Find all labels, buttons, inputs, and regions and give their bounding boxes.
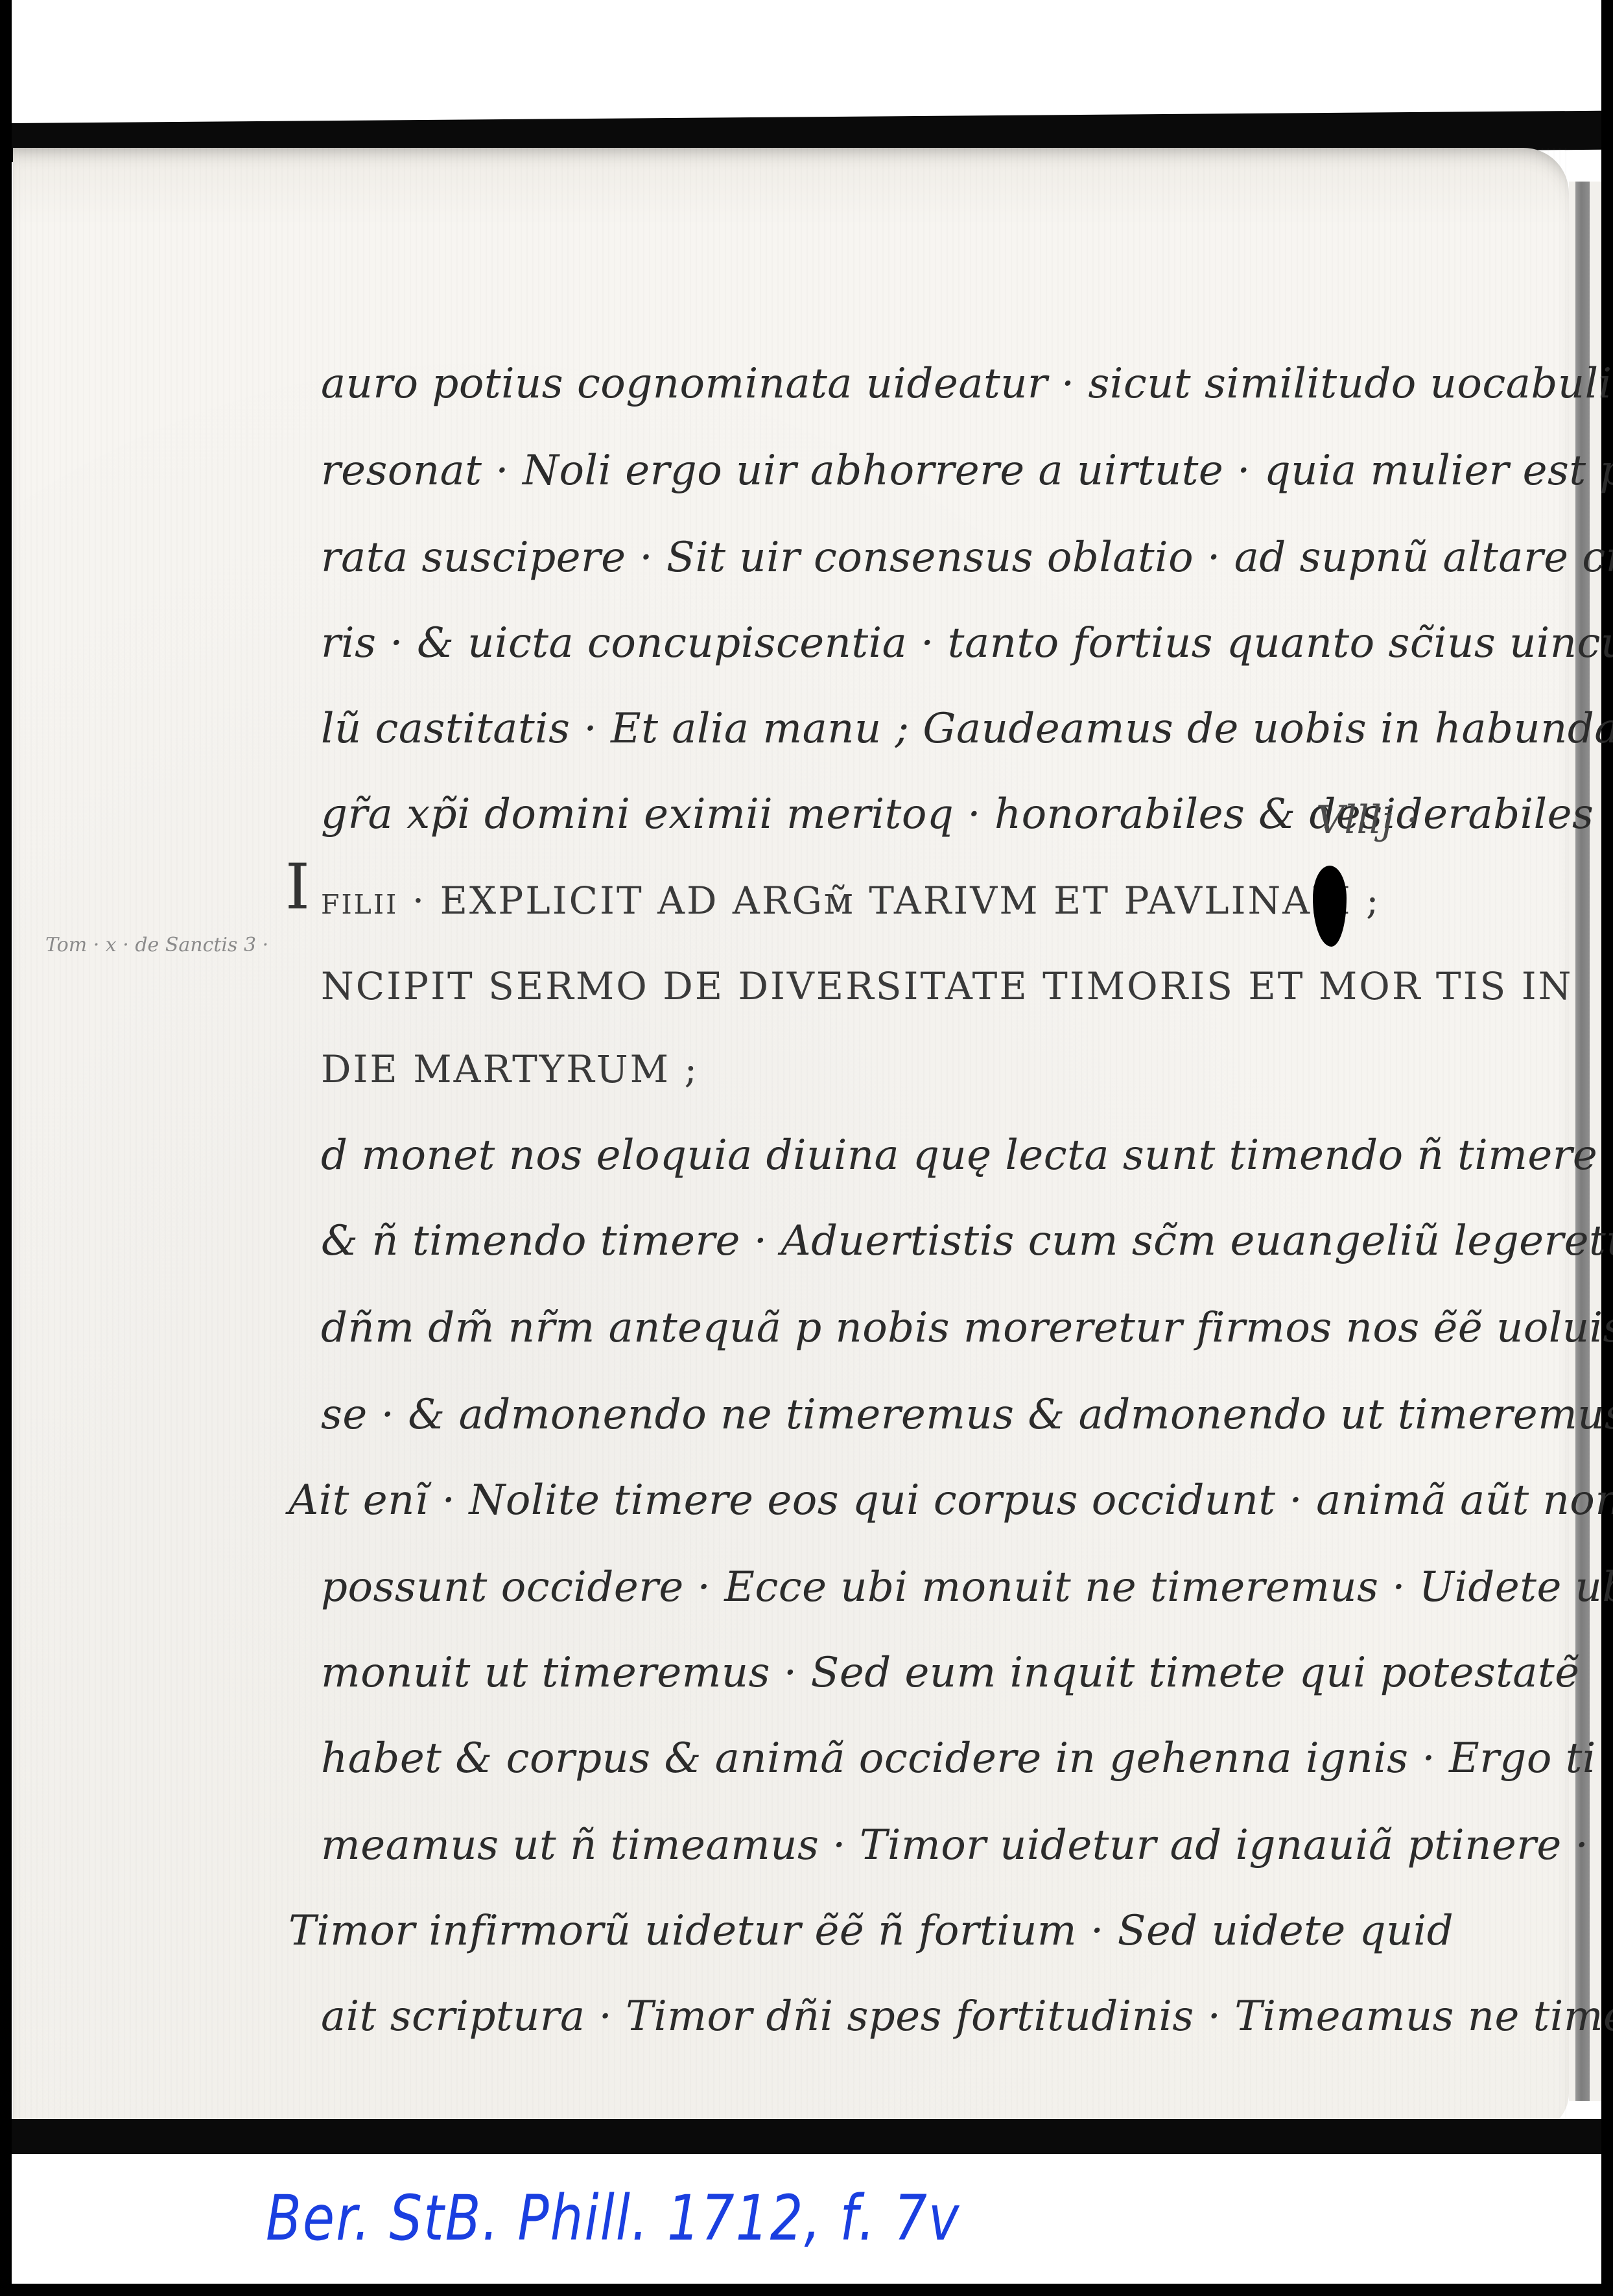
initial-letter-i: I bbox=[285, 856, 310, 918]
margin-annotation: Tom · x · de Sanctis 3 · bbox=[45, 934, 268, 956]
bottom-shadow-band bbox=[12, 2119, 1601, 2155]
incipit-rubric-continued: DIE MARTYRUM ; bbox=[321, 1050, 699, 1088]
text-line: monuit ut timeremus · Sed eum inquit tim… bbox=[321, 1652, 1580, 1694]
text-line: lũ castitatis · Et alia manu ; Gaudeamus… bbox=[321, 708, 1613, 750]
section-number: Vlllj · bbox=[1316, 798, 1419, 843]
text-line: possunt occidere · Ecce ubi monuit ne ti… bbox=[321, 1567, 1613, 1608]
text-line: meamus ut ñ timeamus · Timor uidetur ad … bbox=[321, 1825, 1588, 1866]
text-line: rata suscipere · Sit uir consensus oblat… bbox=[321, 537, 1613, 578]
shelfmark-label: Ber. StB. Phill. 1712, f. 7v bbox=[266, 2182, 960, 2255]
text-line: d monet nos eloquia diuina quę lecta sun… bbox=[321, 1135, 1613, 1176]
text-line: Ait enĩ · Nolite timere eos qui corpus o… bbox=[288, 1480, 1613, 1521]
explicit-rubric: filii · EXPLICIT AD ARGᴍ̃ TARIVM ET PAVL… bbox=[321, 882, 1381, 919]
text-line: Timor infirmorũ uidetur ẽẽ ñ fortium · S… bbox=[288, 1910, 1454, 1952]
text-line: se · & admonendo ne timeremus & admonend… bbox=[321, 1394, 1613, 1436]
text-line: auro potius cognominata uideatur · sicut… bbox=[321, 363, 1612, 405]
text-line: habet & corpus & animã occidere in gehen… bbox=[321, 1738, 1596, 1779]
text-line: resonat · Noli ergo uir abhorrere a uirt… bbox=[321, 450, 1613, 491]
text-line: ait scriptura · Timor dñi spes fortitudi… bbox=[321, 1996, 1613, 2037]
text-line: dñm dm̃ nr̃m antequã p nobis moreretur f… bbox=[321, 1307, 1613, 1349]
text-line: ris · & uicta concupiscentia · tanto for… bbox=[321, 622, 1613, 664]
text-line: & ñ timendo timere · Aduertistis cum sc̃… bbox=[321, 1220, 1613, 1262]
incipit-rubric: NCIPIT SERMO DE DIVERSITATE TIMORIS ET M… bbox=[321, 967, 1573, 1005]
